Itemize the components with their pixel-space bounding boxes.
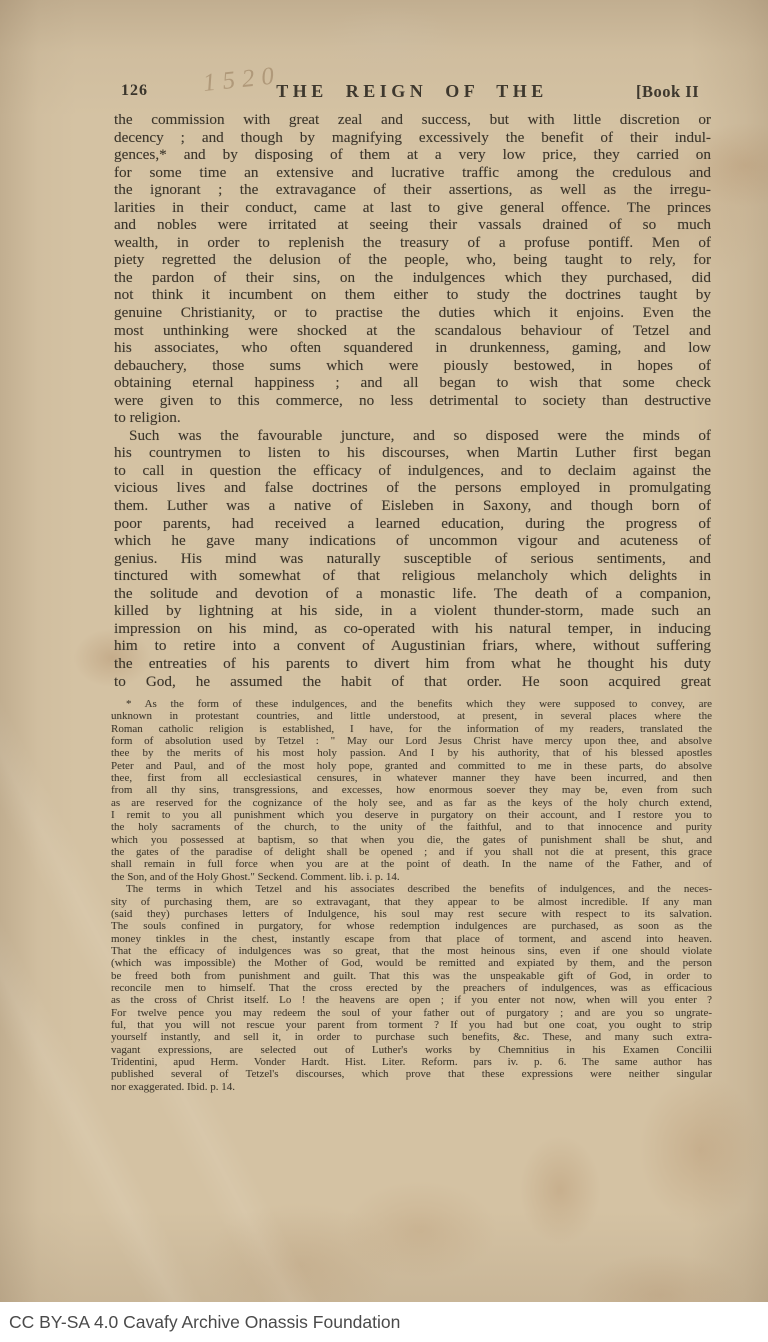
text-line: killed by lightning at his side, in a vi… bbox=[114, 602, 711, 620]
license-text: CC BY-SA 4.0 Cavafy Archive Onassis Foun… bbox=[9, 1312, 400, 1333]
text-line: sity of purchasing them, are so extravag… bbox=[111, 896, 712, 908]
text-line: thee, first from all ecclesiastical cens… bbox=[111, 772, 712, 784]
text-line: yourself instantly, and sell it, in orde… bbox=[111, 1031, 712, 1043]
text-line: the pardon of their sins, on the indulge… bbox=[114, 269, 711, 287]
text-line: Tridentini, apud Herm. Vonder Hardt. His… bbox=[111, 1056, 712, 1068]
text-line: (which was impossible) the Mother of God… bbox=[111, 957, 712, 969]
text-line: him to retire into a convent of Augustin… bbox=[114, 637, 711, 655]
text-line: piety regretted the delusion of the peop… bbox=[114, 251, 711, 269]
text-line: form of absolution used by Tetzel : " Ma… bbox=[111, 735, 712, 747]
text-line: impression on his mind, as co-operated w… bbox=[114, 620, 711, 638]
footnote-tetzel-terms: The terms in which Tetzel and his associ… bbox=[111, 883, 712, 1093]
text-line: as are reserved for the cognizance of th… bbox=[111, 797, 712, 809]
footnote-absolution: * As the form of these indulgences, and … bbox=[111, 698, 712, 883]
text-line: the Son, and of the Holy Ghost." Seckend… bbox=[111, 871, 712, 883]
text-line: his associates, who often squandered in … bbox=[114, 339, 711, 357]
text-line: which you possessed at baptism, so that … bbox=[111, 834, 712, 846]
text-line: I remit to you all punishment which you … bbox=[111, 809, 712, 821]
text-line: nor exaggerated. Ibid. p. 14. bbox=[111, 1081, 712, 1093]
text-line: published several of Tetzel's discourses… bbox=[111, 1068, 712, 1080]
text-line: genius. His mind was naturally susceptib… bbox=[114, 550, 711, 568]
text-line: to religion. bbox=[114, 409, 711, 427]
main-text-block: the commission with great zeal and succe… bbox=[114, 111, 711, 690]
text-line: genuine Christianity, or to practise the… bbox=[114, 304, 711, 322]
text-line: shall remain in full force when you are … bbox=[111, 858, 712, 870]
footnote-block: * As the form of these indulgences, and … bbox=[111, 698, 712, 1093]
running-title: THE REIGN OF THE bbox=[114, 81, 710, 102]
text-line: gences,* and by disposing of them at a v… bbox=[114, 146, 711, 164]
text-line: the gates of the paradise of delight sha… bbox=[111, 846, 712, 858]
text-line: which he gave many indications of uncomm… bbox=[114, 532, 711, 550]
text-line: larities in their conduct, came at last … bbox=[114, 199, 711, 217]
text-line: the entreaties of his parents to divert … bbox=[114, 655, 711, 673]
text-line: as the cross of Christ itself. Lo ! the … bbox=[111, 994, 712, 1006]
scanned-page: 126 1520 THE REIGN OF THE [Book II the c… bbox=[0, 0, 768, 1342]
text-line: poor parents, had received a learned edu… bbox=[114, 515, 711, 533]
text-line: the commission with great zeal and succe… bbox=[114, 111, 711, 129]
text-line: Peter and Paul, and of the most holy pop… bbox=[111, 760, 712, 772]
text-line: were given to this commerce, no less det… bbox=[114, 392, 711, 410]
text-line: The souls confined in purgatory, for who… bbox=[111, 920, 712, 932]
text-line: the solitude and devotion of a monastic … bbox=[114, 585, 711, 603]
paragraph-luther: Such was the favourable juncture, and so… bbox=[114, 427, 711, 690]
text-line: Such was the favourable juncture, and so… bbox=[114, 427, 711, 445]
text-line: obtaining eternal happiness ; and all be… bbox=[114, 374, 711, 392]
text-line: the ignorant ; the extravagance of their… bbox=[114, 181, 711, 199]
text-line: Roman catholic religion is established, … bbox=[111, 723, 712, 735]
text-line: not think it incumbent on them either to… bbox=[114, 286, 711, 304]
book-section-label: [Book II bbox=[636, 82, 699, 102]
paragraph-commission: the commission with great zeal and succe… bbox=[114, 111, 711, 427]
text-line: for some time an extensive and lucrative… bbox=[114, 164, 711, 182]
text-line: vicious lives and false doctrines of the… bbox=[114, 479, 711, 497]
license-bar: CC BY-SA 4.0 Cavafy Archive Onassis Foun… bbox=[0, 1302, 768, 1342]
text-line: (said they) purchases letters of Indulge… bbox=[111, 908, 712, 920]
text-line: * As the form of these indulgences, and … bbox=[111, 698, 712, 710]
text-line: debauchery, those sums which were piousl… bbox=[114, 357, 711, 375]
text-line: thee by the merits of his most holy pass… bbox=[111, 747, 712, 759]
text-line: ful, that you will not rescue your paren… bbox=[111, 1019, 712, 1031]
text-line: be freed both from punishment and guilt.… bbox=[111, 970, 712, 982]
book-page: 126 1520 THE REIGN OF THE [Book II the c… bbox=[0, 0, 768, 1302]
text-line: tinctured with somewhat of that religiou… bbox=[114, 567, 711, 585]
text-line: decency ; and though by magnifying exces… bbox=[114, 129, 711, 147]
text-line: his countrymen to listen to his discours… bbox=[114, 444, 711, 462]
text-line: and nobles were irritated at seeing thei… bbox=[114, 216, 711, 234]
text-line: For twelve pence you may redeem the soul… bbox=[111, 1007, 712, 1019]
text-line: The terms in which Tetzel and his associ… bbox=[111, 883, 712, 895]
text-line: the holy sacraments of the church, to th… bbox=[111, 821, 712, 833]
text-line: wealth, in order to replenish the treasu… bbox=[114, 234, 711, 252]
text-line: vagant expressions, are selected out of … bbox=[111, 1044, 712, 1056]
text-line: to God, he assumed the habit of that ord… bbox=[114, 673, 711, 691]
text-line: to call in question the efficacy of indu… bbox=[114, 462, 711, 480]
text-line: them. Luther was a native of Eisleben in… bbox=[114, 497, 711, 515]
text-line: from all thy sins, transgressions, and e… bbox=[111, 784, 712, 796]
text-line: That the efficacy of indulgences was so … bbox=[111, 945, 712, 957]
text-line: money tinkles in the chest, instantly es… bbox=[111, 933, 712, 945]
text-line: reconcile men to himself. That the cross… bbox=[111, 982, 712, 994]
text-line: most unthinking were shocked at the scan… bbox=[114, 322, 711, 340]
text-line: unknown in protestant countries, and lit… bbox=[111, 710, 712, 722]
